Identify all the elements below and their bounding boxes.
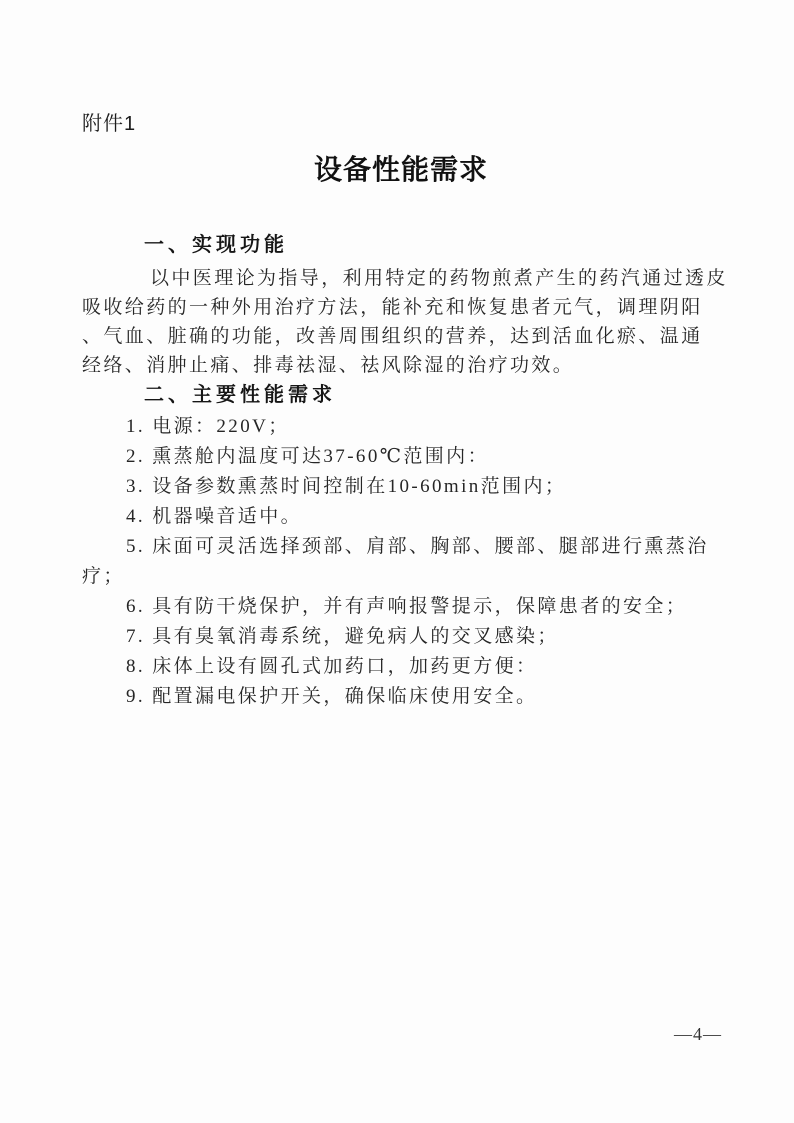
list-item: 6. 具有防干烧保护，并有声响报警提示，保障患者的安全； xyxy=(82,592,720,622)
list-item: 8. 床体上设有圆孔式加药口，加药更方便： xyxy=(82,652,720,682)
list-item: 2. 熏蒸舱内温度可达37-60℃范围内： xyxy=(82,442,720,472)
document-page: 附件1 设备性能需求 一、实现功能 以中医理论为指导，利用特定的药物煎煮产生的药… xyxy=(0,0,794,1123)
list-item: 7. 具有臭氧消毒系统，避免病人的交叉感染； xyxy=(82,622,720,652)
list-item: 9. 配置漏电保护开关，确保临床使用安全。 xyxy=(82,682,720,712)
paragraph-line: 吸收给药的一种外用治疗方法，能补充和恢复患者元气，调理阴阳 xyxy=(82,293,720,322)
list-item: 4. 机器噪音适中。 xyxy=(82,502,720,532)
list-item: 1. 电源：220V； xyxy=(82,412,720,442)
page-number: —4— xyxy=(674,1024,722,1044)
paragraph-line: 以中医理论为指导，利用特定的药物煎煮产生的药汽通过透皮 xyxy=(82,264,720,293)
document-title: 设备性能需求 xyxy=(82,154,720,186)
section2-heading: 二、主要性能需求 xyxy=(82,382,720,408)
paragraph-line: 、气血、脏确的功能，改善周围组织的营养，达到活血化瘀、温通 xyxy=(82,322,720,351)
attachment-label: 附件1 xyxy=(82,112,720,136)
paragraph-line: 经络、消肿止痛、排毒祛湿、祛风除湿的治疗功效。 xyxy=(82,351,720,380)
section1-heading: 一、实现功能 xyxy=(82,232,720,258)
list-item: 3. 设备参数熏蒸时间控制在10-60min范围内； xyxy=(82,472,720,502)
performance-requirements-list: 1. 电源：220V； 2. 熏蒸舱内温度可达37-60℃范围内： 3. 设备参… xyxy=(82,412,720,712)
section1-paragraph: 以中医理论为指导，利用特定的药物煎煮产生的药汽通过透皮 吸收给药的一种外用治疗方… xyxy=(82,264,720,380)
list-item: 5. 床面可灵活选择颈部、肩部、胸部、腰部、腿部进行熏蒸治疗； xyxy=(82,532,720,592)
